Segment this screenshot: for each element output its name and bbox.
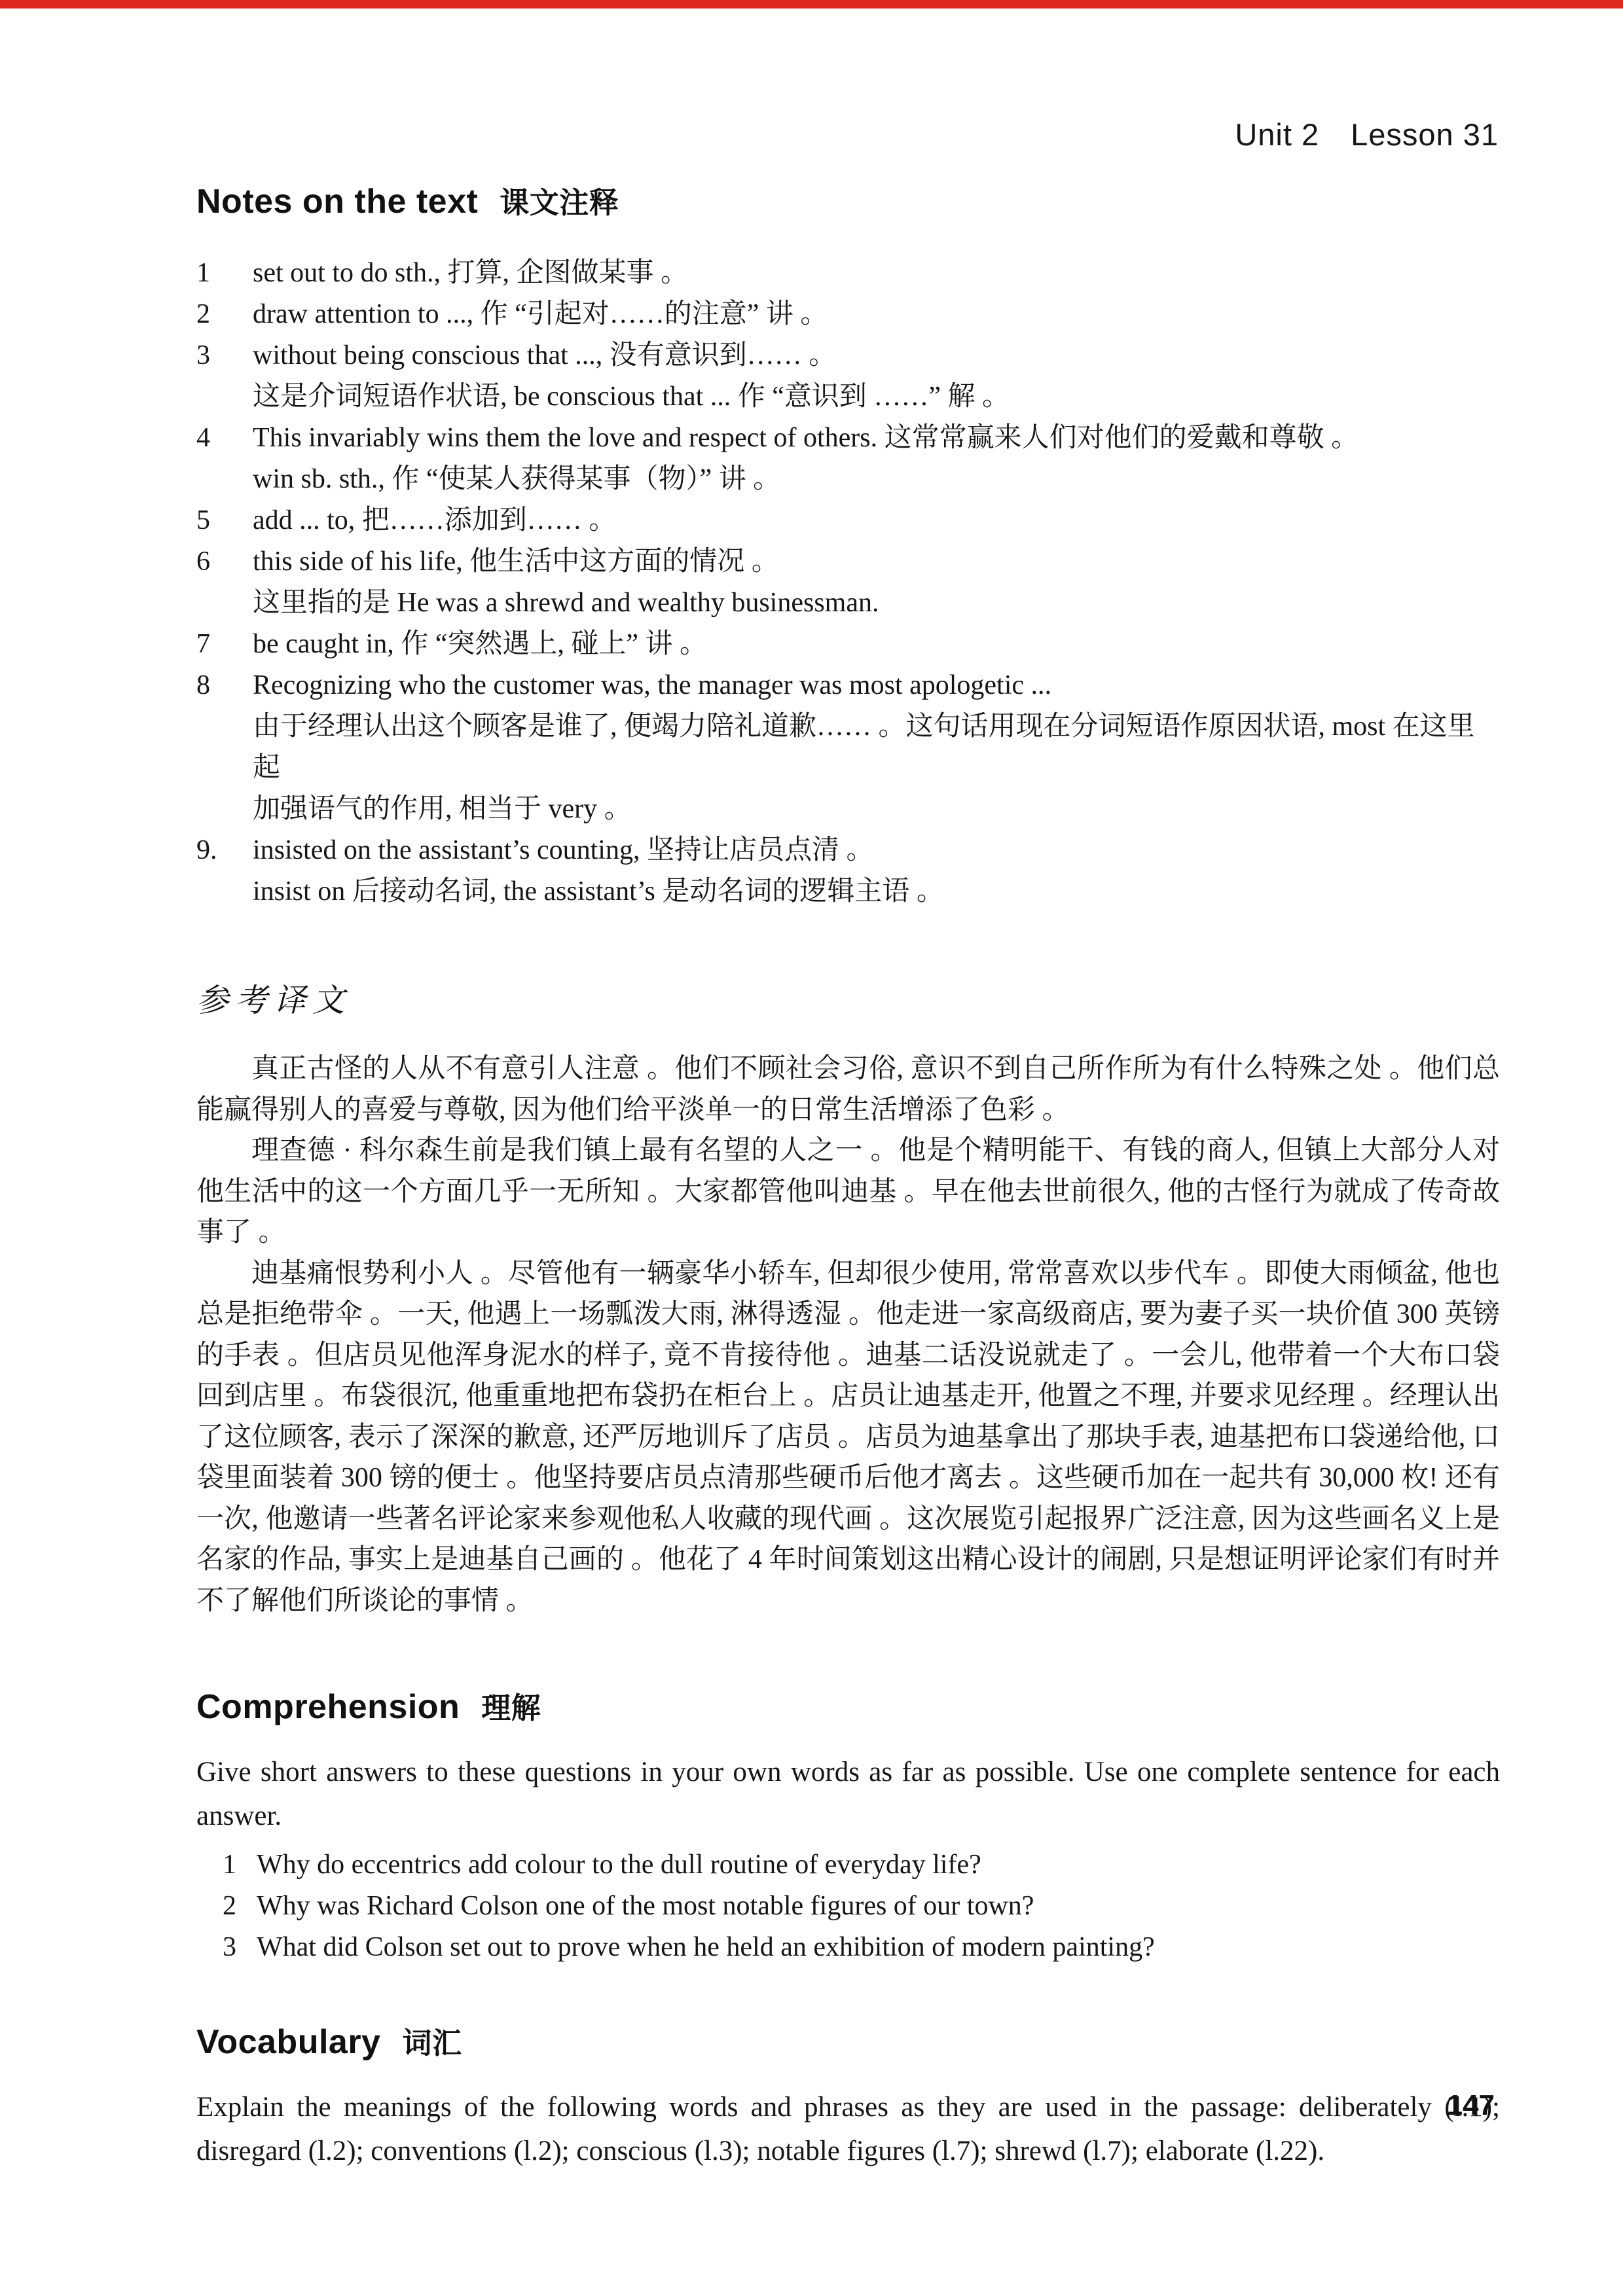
vocabulary-section-title: Vocabulary 词汇 (196, 2019, 1500, 2062)
question-text: Why do eccentrics add colour to the dull… (257, 1844, 1500, 1886)
note-row: 由于经理认出这个顾客是谁了, 便竭力陪礼道歉…… 。这句话用现在分词短语作原因状… (196, 706, 1500, 789)
notes-title-en: Notes on the text (196, 183, 478, 221)
comprehension-title-zh: 理解 (481, 1692, 541, 1725)
question-row: 1Why do eccentrics add colour to the dul… (223, 1844, 1500, 1886)
notes-section-title: Notes on the text 课文注释 (196, 179, 1500, 221)
note-text: add ... to, 把……添加到…… 。 (253, 500, 1500, 541)
question-text: What did Colson set out to prove when he… (257, 1927, 1500, 1968)
top-red-bar (0, 0, 1623, 9)
note-number: 1 (196, 253, 253, 294)
note-row: 5add ... to, 把……添加到…… 。 (196, 500, 1500, 541)
vocabulary-instruction: Explain the meanings of the following wo… (196, 2085, 1500, 2173)
note-text: insisted on the assistant’s counting, 坚持… (253, 830, 1500, 871)
translation-paragraph: 理查德 · 科尔森生前是我们镇上最有名望的人之一 。他是个精明能干、有钱的商人,… (196, 1130, 1500, 1253)
note-row: win sb. sth., 作 “使某人获得某事（物）” 讲 。 (196, 459, 1500, 500)
note-number: 2 (196, 294, 253, 335)
note-row: 6this side of his life, 他生活中这方面的情况 。 (196, 541, 1500, 583)
note-text: 这里指的是 He was a shrewd and wealthy busine… (253, 583, 1500, 624)
textbook-page: Unit 2Lesson 31 Notes on the text 课文注释 1… (0, 0, 1623, 2296)
note-number: 3 (196, 335, 253, 376)
lesson-label: Lesson 31 (1351, 117, 1499, 152)
vocabulary-title-en: Vocabulary (196, 2023, 380, 2061)
question-number: 1 (223, 1844, 257, 1886)
note-row: 7be caught in, 作 “突然遇上, 碰上” 讲 。 (196, 624, 1500, 665)
question-row: 2Why was Richard Colson one of the most … (223, 1886, 1500, 1927)
note-row: 1set out to do sth., 打算, 企图做某事 。 (196, 253, 1500, 294)
notes-list: 1set out to do sth., 打算, 企图做某事 。 2draw a… (196, 253, 1500, 912)
note-row: 加强语气的作用, 相当于 very 。 (196, 789, 1500, 830)
translation-body: 真正古怪的人从不有意引人注意 。他们不顾社会习俗, 意识不到自己所作所为有什么特… (196, 1049, 1500, 1621)
note-row: 9.insisted on the assistant’s counting, … (196, 830, 1500, 871)
comprehension-question-list: 1Why do eccentrics add colour to the dul… (223, 1844, 1500, 1968)
question-text: Why was Richard Colson one of the most n… (257, 1886, 1500, 1927)
note-row: 这里指的是 He was a shrewd and wealthy busine… (196, 583, 1500, 624)
note-row: 这是介词短语作状语, be conscious that ... 作 “意识到 … (196, 376, 1500, 418)
unit-label: Unit 2 (1235, 117, 1319, 152)
translation-paragraph: 真正古怪的人从不有意引人注意 。他们不顾社会习俗, 意识不到自己所作所为有什么特… (196, 1049, 1500, 1130)
note-text: without being conscious that ..., 没有意识到…… (253, 335, 1500, 376)
note-text: draw attention to ..., 作 “引起对……的注意” 讲 。 (253, 294, 1500, 335)
comprehension-instruction: Give short answers to these questions in… (196, 1750, 1500, 1838)
question-number: 2 (223, 1886, 257, 1927)
question-row: 3What did Colson set out to prove when h… (223, 1927, 1500, 1968)
notes-title-zh: 课文注释 (500, 187, 619, 219)
question-number: 3 (223, 1927, 257, 1968)
note-number: 9. (196, 830, 253, 871)
note-text: 加强语气的作用, 相当于 very 。 (253, 789, 1500, 830)
page-content: Notes on the text 课文注释 1set out to do st… (196, 167, 1500, 2173)
note-text: Recognizing who the customer was, the ma… (253, 665, 1500, 706)
comprehension-section-title: Comprehension 理解 (196, 1684, 1500, 1727)
note-text: win sb. sth., 作 “使某人获得某事（物）” 讲 。 (253, 459, 1500, 500)
page-number: 147 (1447, 2089, 1495, 2122)
note-text: insist on 后接动名词, the assistant’s 是动名词的逻辑… (253, 871, 1500, 912)
note-text: this side of his life, 他生活中这方面的情况 。 (253, 541, 1500, 583)
note-row: insist on 后接动名词, the assistant’s 是动名词的逻辑… (196, 871, 1500, 912)
comprehension-title-en: Comprehension (196, 1688, 460, 1726)
translation-paragraph: 迪基痛恨势利小人 。尽管他有一辆豪华小轿车, 但却很少使用, 常常喜欢以步代车 … (196, 1253, 1500, 1622)
note-number: 8 (196, 665, 253, 706)
note-number: 6 (196, 541, 253, 583)
unit-lesson-header: Unit 2Lesson 31 (1235, 117, 1499, 152)
translation-title: 参考译文 (196, 975, 1500, 1021)
note-text: be caught in, 作 “突然遇上, 碰上” 讲 。 (253, 624, 1500, 665)
note-text: 由于经理认出这个顾客是谁了, 便竭力陪礼道歉…… 。这句话用现在分词短语作原因状… (253, 706, 1500, 789)
note-text: This invariably wins them the love and r… (253, 418, 1500, 459)
note-number: 5 (196, 500, 253, 541)
vocabulary-title-zh: 词汇 (402, 2027, 462, 2060)
note-number: 7 (196, 624, 253, 665)
note-row: 8Recognizing who the customer was, the m… (196, 665, 1500, 706)
note-row: 3without being conscious that ..., 没有意识到… (196, 335, 1500, 376)
note-row: 2draw attention to ..., 作 “引起对……的注意” 讲 。 (196, 294, 1500, 335)
note-text: set out to do sth., 打算, 企图做某事 。 (253, 253, 1500, 294)
note-row: 4This invariably wins them the love and … (196, 418, 1500, 459)
note-text: 这是介词短语作状语, be conscious that ... 作 “意识到 … (253, 376, 1500, 418)
note-number: 4 (196, 418, 253, 459)
